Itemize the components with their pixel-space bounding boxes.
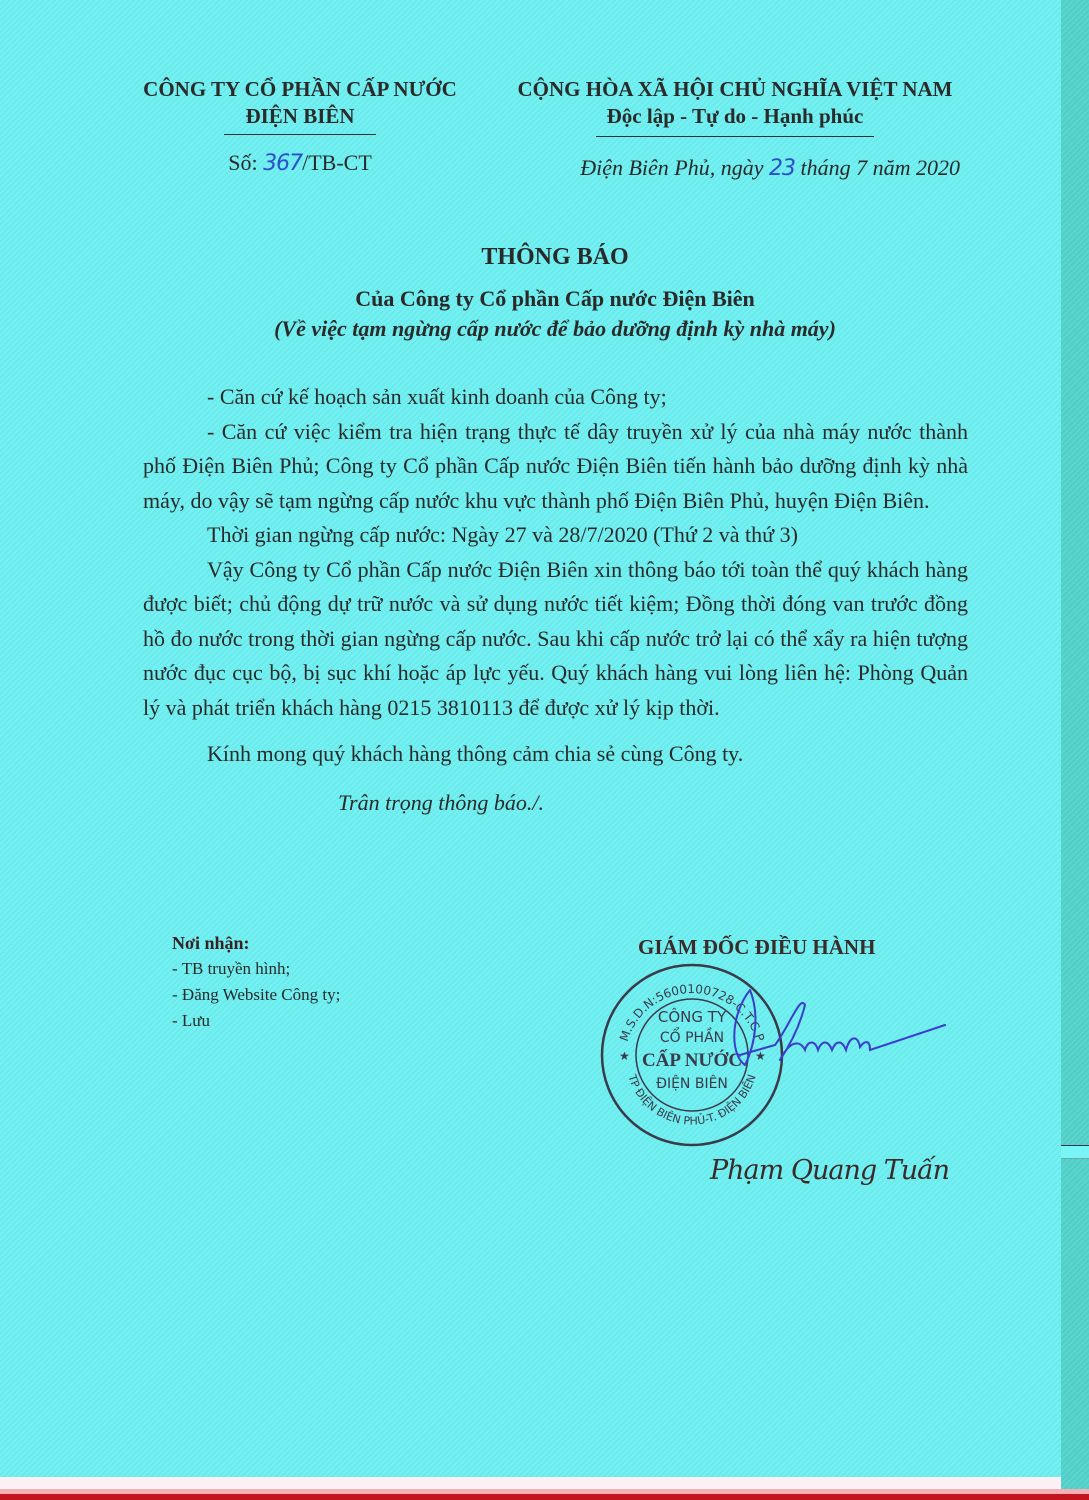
stamp-line1: CÔNG TY xyxy=(658,1007,727,1026)
recipient-item: - Lưu xyxy=(172,1008,340,1034)
scan-edge-right xyxy=(1061,0,1089,1490)
org-name-line2: ĐIỆN BIÊN xyxy=(110,103,490,130)
doc-number-suffix: /TB-CT xyxy=(302,150,372,175)
scan-edge-bottom xyxy=(0,1477,1061,1489)
document-topic: (Về việc tạm ngừng cấp nước để bảo dưỡng… xyxy=(0,316,1089,342)
motto-underline xyxy=(596,136,874,137)
nation-name: CỘNG HÒA XÃ HỘI CHỦ NGHĨA VIỆT NAM xyxy=(490,76,980,103)
scan-edge-bottom-red xyxy=(0,1494,1089,1500)
recipients-block: Nơi nhận: - TB truyền hình; - Đăng Websi… xyxy=(172,930,340,1034)
paragraph-basis-2: - Căn cứ việc kiểm tra hiện trạng thực t… xyxy=(143,415,968,519)
closing-line: Trân trọng thông báo./. xyxy=(143,786,968,821)
issuing-organization: CÔNG TY CỔ PHẦN CẤP NƯỚC ĐIỆN BIÊN xyxy=(110,76,490,135)
paragraph-notice: Vậy Công ty Cổ phần Cấp nước Điện Biên x… xyxy=(143,553,968,726)
recipient-item: - Đăng Website Công ty; xyxy=(172,982,340,1008)
handwritten-signature-icon xyxy=(720,985,950,1075)
recipients-label: Nơi nhận: xyxy=(172,930,340,956)
paragraph-schedule: Thời gian ngừng cấp nước: Ngày 27 và 28/… xyxy=(143,518,968,553)
scan-edge-notch xyxy=(1061,1145,1089,1159)
document-body: - Căn cứ kế hoạch sản xuất kinh doanh củ… xyxy=(143,380,968,820)
paragraph-apology: Kính mong quý khách hàng thông cảm chia … xyxy=(143,737,968,772)
issue-date: Điện Biên Phủ, ngày 23 tháng 7 năm 2020 xyxy=(490,155,980,181)
svg-text:★: ★ xyxy=(619,1049,630,1063)
national-motto: CỘNG HÒA XÃ HỘI CHỦ NGHĨA VIỆT NAM Độc l… xyxy=(490,76,980,137)
document-title: THÔNG BÁO xyxy=(0,244,1089,271)
doc-number-prefix: Số: xyxy=(228,150,263,175)
signer-name: Phạm Quang Tuấn xyxy=(710,1155,949,1186)
date-prefix: Điện Biên Phủ, ngày xyxy=(580,155,769,180)
org-underline xyxy=(224,134,376,135)
stamp-line4: ĐIỆN BIÊN xyxy=(656,1074,728,1092)
doc-number-handwritten: 367 xyxy=(263,151,302,176)
date-day-handwritten: 23 xyxy=(769,156,795,181)
stamp-line2: CỔ PHẦN xyxy=(660,1027,724,1046)
date-suffix: tháng 7 năm 2020 xyxy=(795,155,960,180)
recipient-item: - TB truyền hình; xyxy=(172,956,340,982)
org-name-line1: CÔNG TY CỔ PHẦN CẤP NƯỚC xyxy=(110,76,490,103)
document-number: Số: 367/TB-CT xyxy=(110,150,490,176)
signer-title: GIÁM ĐỐC ĐIỀU HÀNH xyxy=(638,935,875,960)
document-subtitle: Của Công ty Cổ phần Cấp nước Điện Biên xyxy=(0,286,1089,312)
motto: Độc lập - Tự do - Hạnh phúc xyxy=(490,103,980,130)
paragraph-basis-1: - Căn cứ kế hoạch sản xuất kinh doanh củ… xyxy=(143,380,968,415)
